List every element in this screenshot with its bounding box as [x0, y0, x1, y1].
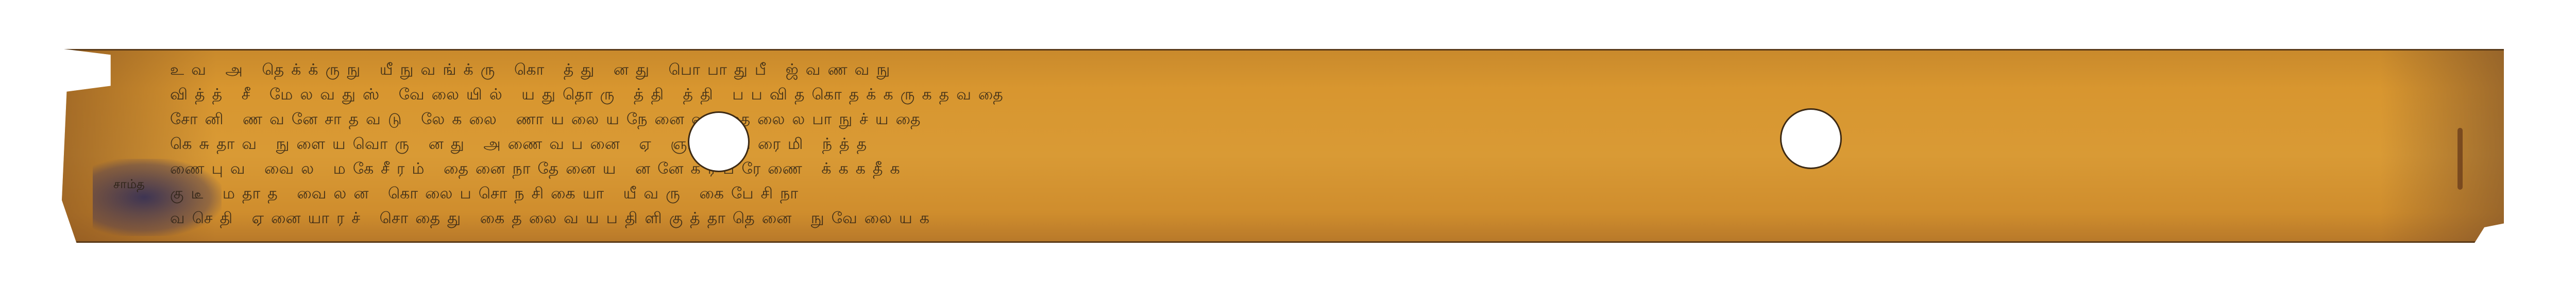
text-line-4: கெசுதாவ நுளையவொரு னது அணைவபனை ஏ ஞானைபரைம…: [170, 135, 2391, 156]
text-line-2: வித்த் சீ மேலவதுஸ் வேலையில் யதுதொரு த்தி…: [170, 86, 2391, 106]
text-line-5: ணைபுவ வைல மகேசீரம் தைனைநாதேனைய னனேகரப்ரே…: [170, 160, 2391, 180]
binding-hole-right: [1780, 108, 1842, 169]
leaf-right-discoloration: [2380, 51, 2504, 241]
leaf-crack: [2458, 128, 2463, 190]
text-line-7: வசெதி ஏனையாரச் சொதைது கைதலைவயபதிளிகுத்தா…: [170, 209, 2391, 230]
text-line-1: உவ அ தெக்க்ருநு யீநுவங்க்ரு கொ த்து னது …: [170, 61, 2391, 81]
binding-hole-left: [688, 111, 750, 172]
margin-note: சாம்த: [113, 177, 145, 193]
text-line-6: குடீ மதாத வைலன கொலைபசொநசிகையா யீவரு கைபே…: [170, 185, 2391, 205]
text-line-3: சோனி ணவனேசாதவடு லேகலை ணாயலையநேனைவ தைலைலப…: [170, 110, 2391, 131]
palm-leaf: சாம்த உவ அ தெக்க்ருநு யீநுவங்க்ரு கொ த்த…: [62, 49, 2504, 243]
